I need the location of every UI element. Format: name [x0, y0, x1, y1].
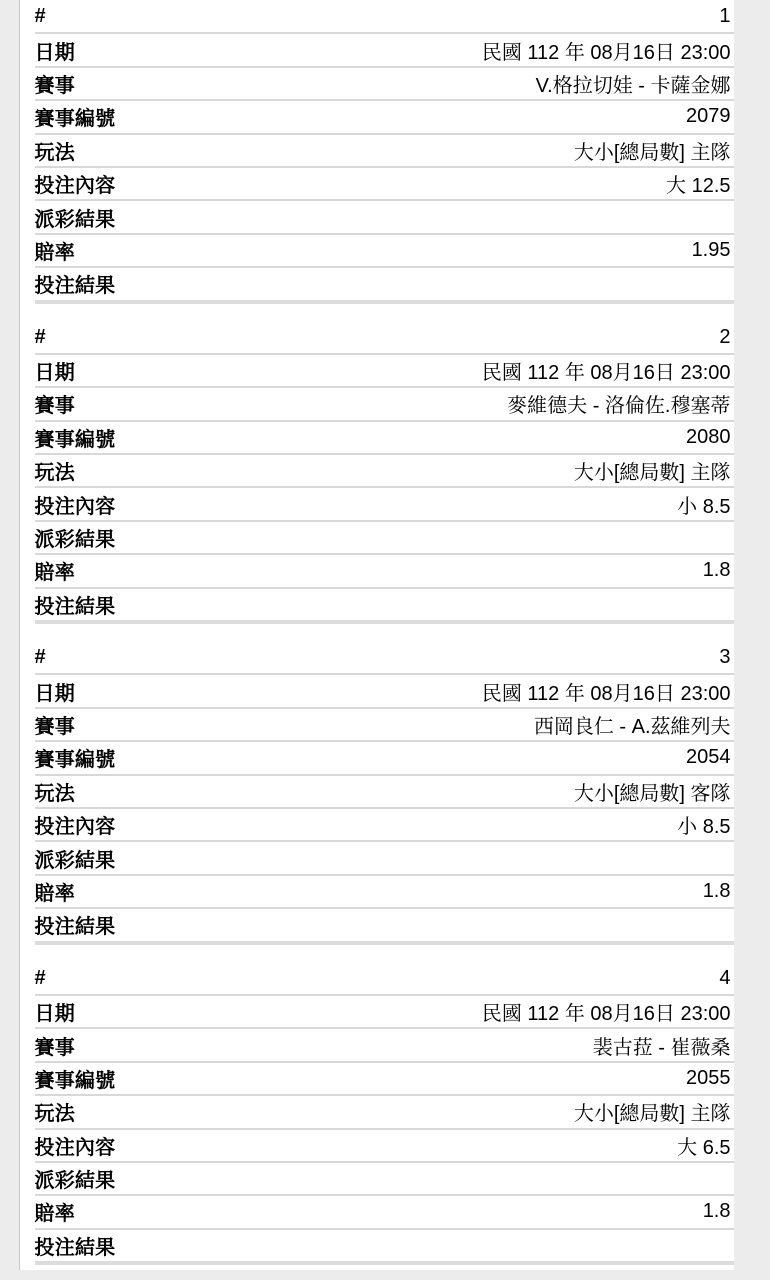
row-play-type: 玩法 大小[總局數] 主隊: [35, 455, 734, 488]
field-label-payout-result: 派彩結果: [35, 844, 116, 873]
row-bet-content: 投注內容 大 6.5: [35, 1130, 734, 1163]
row-play-type: 玩法 大小[總局數] 主隊: [35, 1096, 734, 1129]
row-event-id: 賽事編號 2055: [35, 1063, 734, 1096]
field-value-odds: 1.8: [703, 880, 734, 903]
bet-record-3: # 3 日期 民國 112 年 08月16日 23:00 賽事 西岡良仁 - A…: [35, 642, 734, 945]
field-value-number: 4: [719, 967, 733, 990]
bet-record-2: # 2 日期 民國 112 年 08月16日 23:00 賽事 麥維德夫 - 洛…: [35, 322, 734, 625]
field-label-bet-result: 投注結果: [35, 910, 116, 939]
field-label-payout-result: 派彩結果: [35, 203, 116, 232]
field-value-event: 裴古菈 - 崔薇桑: [593, 1031, 734, 1060]
field-value-date: 民國 112 年 08月16日 23:00: [482, 677, 734, 706]
field-value-bet-content: 大 6.5: [677, 1131, 733, 1160]
row-bet-content: 投注內容 小 8.5: [35, 488, 734, 521]
row-number: # 4: [35, 963, 734, 996]
row-event-id: 賽事編號 2079: [35, 101, 734, 134]
field-value-bet-content: 小 8.5: [677, 490, 733, 519]
row-payout-result: 派彩結果: [35, 1163, 734, 1196]
field-label-play-type: 玩法: [35, 777, 75, 806]
row-event: 賽事 裴古菈 - 崔薇桑: [35, 1029, 734, 1062]
field-label-date: 日期: [35, 677, 75, 706]
field-value-bet-content: 小 8.5: [677, 810, 733, 839]
field-label-play-type: 玩法: [35, 136, 75, 165]
field-label-date: 日期: [35, 36, 75, 65]
field-label-bet-content: 投注內容: [35, 490, 116, 519]
row-event: 賽事 V.格拉切娃 - 卡薩金娜: [35, 68, 734, 101]
field-value-event: V.格拉切娃 - 卡薩金娜: [536, 69, 734, 98]
field-label-date: 日期: [35, 997, 75, 1026]
bet-history-list: # 1 日期 民國 112 年 08月16日 23:00 賽事 V.格拉切娃 -…: [19, 0, 734, 1270]
field-label-event: 賽事: [35, 1031, 75, 1060]
field-value-odds: 1.95: [692, 239, 734, 262]
row-event: 賽事 麥維德夫 - 洛倫佐.穆塞蒂: [35, 388, 734, 421]
row-number: # 3: [35, 642, 734, 675]
field-label-bet-result: 投注結果: [35, 269, 116, 298]
row-bet-content: 投注內容 大 12.5: [35, 168, 734, 201]
field-label-bet-content: 投注內容: [35, 169, 116, 198]
row-date: 日期 民國 112 年 08月16日 23:00: [35, 675, 734, 708]
field-value-play-type: 大小[總局數] 客隊: [574, 777, 734, 806]
field-value-play-type: 大小[總局數] 主隊: [574, 1097, 734, 1126]
field-label-odds: 賠率: [35, 236, 75, 265]
field-label-event-id: 賽事編號: [35, 423, 116, 452]
row-payout-result: 派彩結果: [35, 201, 734, 234]
field-label-number: #: [35, 5, 46, 28]
field-value-event: 西岡良仁 - A.茲維列夫: [534, 710, 734, 739]
row-bet-result: 投注結果: [35, 909, 734, 944]
row-event-id: 賽事編號 2080: [35, 422, 734, 455]
row-bet-result: 投注結果: [35, 1230, 734, 1265]
field-label-play-type: 玩法: [35, 456, 75, 485]
field-label-odds: 賠率: [35, 877, 75, 906]
row-date: 日期 民國 112 年 08月16日 23:00: [35, 996, 734, 1029]
field-value-event-id: 2054: [686, 746, 734, 769]
row-date: 日期 民國 112 年 08月16日 23:00: [35, 34, 734, 67]
field-label-number: #: [35, 967, 46, 990]
field-label-event: 賽事: [35, 389, 75, 418]
row-bet-result: 投注結果: [35, 268, 734, 303]
row-odds: 賠率 1.95: [35, 235, 734, 268]
field-value-play-type: 大小[總局數] 主隊: [574, 456, 734, 485]
row-play-type: 玩法 大小[總局數] 客隊: [35, 776, 734, 809]
field-label-bet-result: 投注結果: [35, 1231, 116, 1260]
row-bet-content: 投注內容 小 8.5: [35, 809, 734, 842]
field-label-play-type: 玩法: [35, 1097, 75, 1126]
field-value-number: 1: [719, 5, 733, 28]
row-bet-result: 投注結果: [35, 589, 734, 624]
field-label-event-id: 賽事編號: [35, 743, 116, 772]
field-value-number: 3: [719, 646, 733, 669]
field-value-odds: 1.8: [703, 1200, 734, 1223]
row-play-type: 玩法 大小[總局數] 主隊: [35, 135, 734, 168]
field-label-payout-result: 派彩結果: [35, 523, 116, 552]
field-label-number: #: [35, 646, 46, 669]
row-event: 賽事 西岡良仁 - A.茲維列夫: [35, 709, 734, 742]
field-label-event-id: 賽事編號: [35, 102, 116, 131]
field-label-event-id: 賽事編號: [35, 1064, 116, 1093]
field-label-date: 日期: [35, 356, 75, 385]
field-label-event: 賽事: [35, 710, 75, 739]
field-label-odds: 賠率: [35, 1197, 75, 1226]
field-value-date: 民國 112 年 08月16日 23:00: [482, 997, 734, 1026]
field-label-number: #: [35, 326, 46, 349]
field-value-date: 民國 112 年 08月16日 23:00: [482, 36, 734, 65]
field-value-event-id: 2080: [686, 426, 734, 449]
field-value-event: 麥維德夫 - 洛倫佐.穆塞蒂: [507, 389, 733, 418]
field-label-payout-result: 派彩結果: [35, 1164, 116, 1193]
row-odds: 賠率 1.8: [35, 876, 734, 909]
row-date: 日期 民國 112 年 08月16日 23:00: [35, 355, 734, 388]
row-number: # 1: [35, 1, 734, 34]
field-label-bet-result: 投注結果: [35, 590, 116, 619]
row-event-id: 賽事編號 2054: [35, 742, 734, 775]
row-payout-result: 派彩結果: [35, 522, 734, 555]
bet-record-4: # 4 日期 民國 112 年 08月16日 23:00 賽事 裴古菈 - 崔薇…: [35, 963, 734, 1266]
row-number: # 2: [35, 322, 734, 355]
field-label-event: 賽事: [35, 69, 75, 98]
row-odds: 賠率 1.8: [35, 555, 734, 588]
field-label-odds: 賠率: [35, 556, 75, 585]
field-value-event-id: 2055: [686, 1067, 734, 1090]
field-label-bet-content: 投注內容: [35, 1131, 116, 1160]
field-value-event-id: 2079: [686, 105, 734, 128]
field-value-play-type: 大小[總局數] 主隊: [574, 136, 734, 165]
field-label-bet-content: 投注內容: [35, 810, 116, 839]
row-odds: 賠率 1.8: [35, 1196, 734, 1229]
field-value-odds: 1.8: [703, 559, 734, 582]
field-value-date: 民國 112 年 08月16日 23:00: [482, 356, 734, 385]
field-value-number: 2: [719, 326, 733, 349]
bet-record-1: # 1 日期 民國 112 年 08月16日 23:00 賽事 V.格拉切娃 -…: [35, 1, 734, 304]
field-value-bet-content: 大 12.5: [666, 169, 733, 198]
row-payout-result: 派彩結果: [35, 842, 734, 875]
